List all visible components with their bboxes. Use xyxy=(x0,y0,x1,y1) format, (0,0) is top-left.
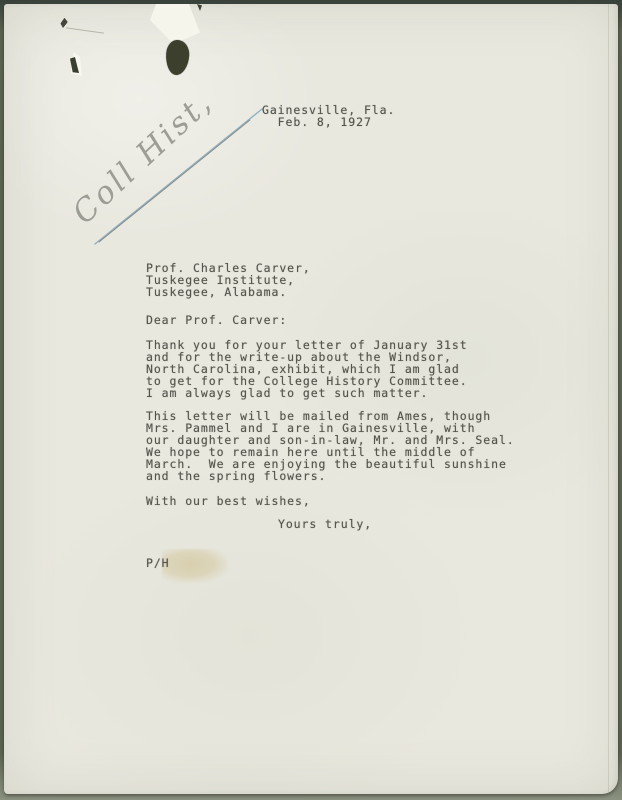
letter-paper: Coll Hist, Gainesville, Fla. Feb. 8, 192… xyxy=(4,4,618,794)
salutation: Dear Prof. Carver: xyxy=(146,315,287,327)
handwritten-annotation: Coll Hist, xyxy=(66,84,220,231)
valediction: Yours truly, xyxy=(278,519,372,531)
paper-stain xyxy=(162,549,228,583)
hole-stain xyxy=(165,39,190,76)
tear-shadow-mark xyxy=(70,57,79,73)
ink-speck xyxy=(59,17,69,29)
tape-mark xyxy=(150,4,200,44)
recipient-address: Prof. Charles Carver, Tuskegee Institute… xyxy=(146,263,311,299)
typist-initials: P/H xyxy=(146,558,170,570)
dateline: Gainesville, Fla. Feb. 8, 1927 xyxy=(262,105,395,129)
letter-scan: { "scan_colors": { "background": "#59624… xyxy=(0,0,622,800)
ink-speck xyxy=(197,4,202,11)
body-paragraph-1: Thank you for your letter of January 31s… xyxy=(146,340,468,400)
page-edge-line xyxy=(608,4,609,794)
pencil-scratch xyxy=(66,27,104,33)
tear-mark xyxy=(68,52,82,76)
body-paragraph-2: This letter will be mailed from Ames, th… xyxy=(146,411,515,482)
closing-wishes: With our best wishes, xyxy=(146,496,311,508)
